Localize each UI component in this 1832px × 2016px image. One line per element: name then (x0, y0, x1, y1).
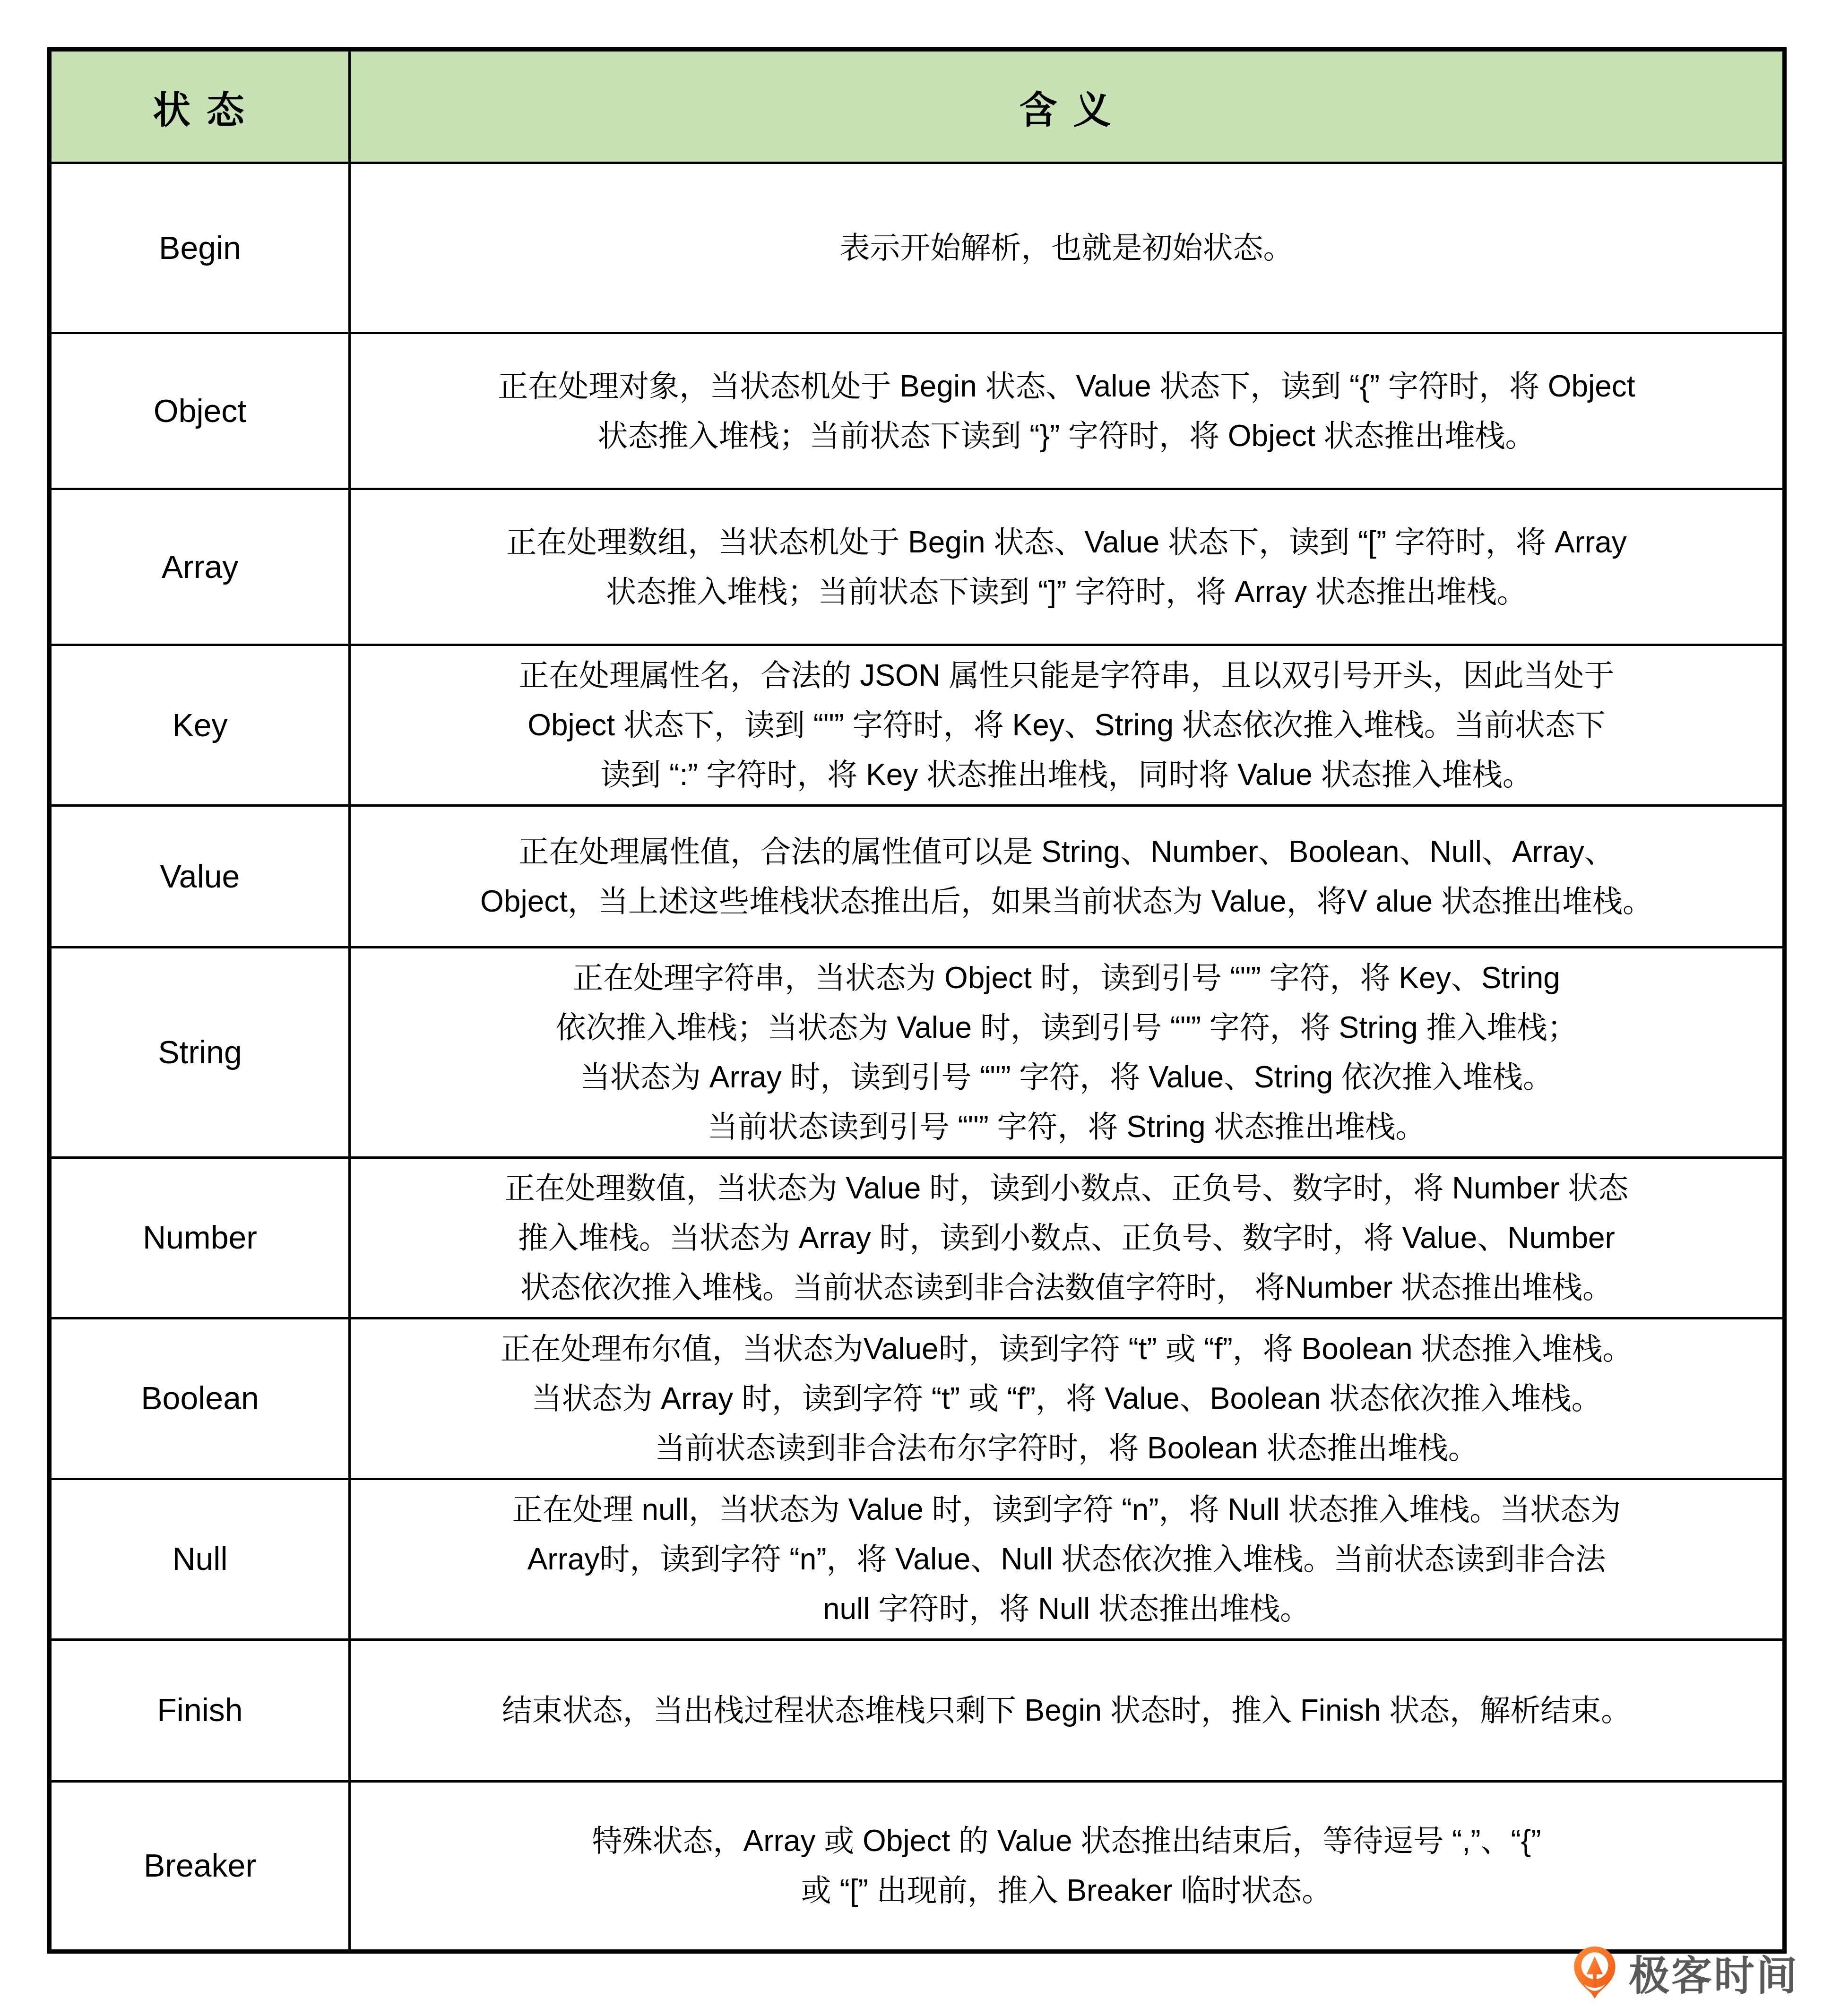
table-row: Value 正在处理属性值，合法的属性值可以是 String、Number、Bo… (50, 806, 1785, 948)
state-cell: Number (50, 1157, 350, 1318)
meaning-cell: 表示开始解析，也就是初始状态。 (350, 163, 1785, 333)
table-row: Key 正在处理属性名，合法的 JSON 属性只能是字符串，且以双引号开头，因此… (50, 645, 1785, 806)
meaning-cell: 正在处理字符串，当状态为 Object 时，读到引号 “"” 字符，将 Key、… (350, 948, 1785, 1158)
table-row: Object 正在处理对象，当状态机处于 Begin 状态、Value 状态下，… (50, 333, 1785, 489)
meaning-cell: 正在处理数组，当状态机处于 Begin 状态、Value 状态下，读到 “[” … (350, 489, 1785, 645)
state-cell: Key (50, 645, 350, 806)
state-meaning-table: 状 态 含 义 Begin 表示开始解析，也就是初始状态。 Object 正在处… (47, 47, 1787, 1954)
state-cell: Object (50, 333, 350, 489)
meaning-cell: 正在处理 null，当状态为 Value 时，读到字符 “n”，将 Null 状… (350, 1479, 1785, 1639)
table-row: Number 正在处理数值，当状态为 Value 时，读到小数点、正负号、数字时… (50, 1157, 1785, 1318)
geektime-logo-text: 极客时间 (1629, 1943, 1799, 2002)
meaning-cell: 正在处理属性值，合法的属性值可以是 String、Number、Boolean、… (350, 806, 1785, 948)
meaning-cell: 正在处理属性名，合法的 JSON 属性只能是字符串，且以双引号开头，因此当处于 … (350, 645, 1785, 806)
meaning-cell: 正在处理数值，当状态为 Value 时，读到小数点、正负号、数字时，将 Numb… (350, 1157, 1785, 1318)
table-row: Begin 表示开始解析，也就是初始状态。 (50, 163, 1785, 333)
state-cell: Begin (50, 163, 350, 333)
state-cell: Array (50, 489, 350, 645)
table-row: Finish 结束状态，当出栈过程状态堆栈只剩下 Begin 状态时，推入 Fi… (50, 1639, 1785, 1781)
state-header-cell: 状 态 (50, 50, 350, 163)
meaning-cell: 正在处理对象，当状态机处于 Begin 状态、Value 状态下，读到 “{” … (350, 333, 1785, 489)
meaning-cell: 正在处理布尔值，当状态为Value时，读到字符 “t” 或 “f”，将 Bool… (350, 1318, 1785, 1479)
state-cell: Value (50, 806, 350, 948)
meaning-cell: 结束状态，当出栈过程状态堆栈只剩下 Begin 状态时，推入 Finish 状态… (350, 1639, 1785, 1781)
table-row: Null 正在处理 null，当状态为 Value 时，读到字符 “n”，将 N… (50, 1479, 1785, 1639)
state-cell: Boolean (50, 1318, 350, 1479)
meaning-header-cell: 含 义 (350, 50, 1785, 163)
table-row: Boolean 正在处理布尔值，当状态为Value时，读到字符 “t” 或 “f… (50, 1318, 1785, 1479)
geektime-pin-icon (1572, 1946, 1617, 1999)
state-cell: Null (50, 1479, 350, 1639)
state-cell: Breaker (50, 1781, 350, 1951)
table-row: Array 正在处理数组，当状态机处于 Begin 状态、Value 状态下，读… (50, 489, 1785, 645)
table-header-row: 状 态 含 义 (50, 50, 1785, 163)
state-cell: Finish (50, 1639, 350, 1781)
meaning-cell: 特殊状态，Array 或 Object 的 Value 状态推出结束后，等待逗号… (350, 1781, 1785, 1951)
table-row: String 正在处理字符串，当状态为 Object 时，读到引号 “"” 字符… (50, 948, 1785, 1158)
state-cell: String (50, 948, 350, 1158)
table-row: Breaker 特殊状态，Array 或 Object 的 Value 状态推出… (50, 1781, 1785, 1951)
geektime-logo: 极客时间 (1572, 1943, 1799, 2002)
